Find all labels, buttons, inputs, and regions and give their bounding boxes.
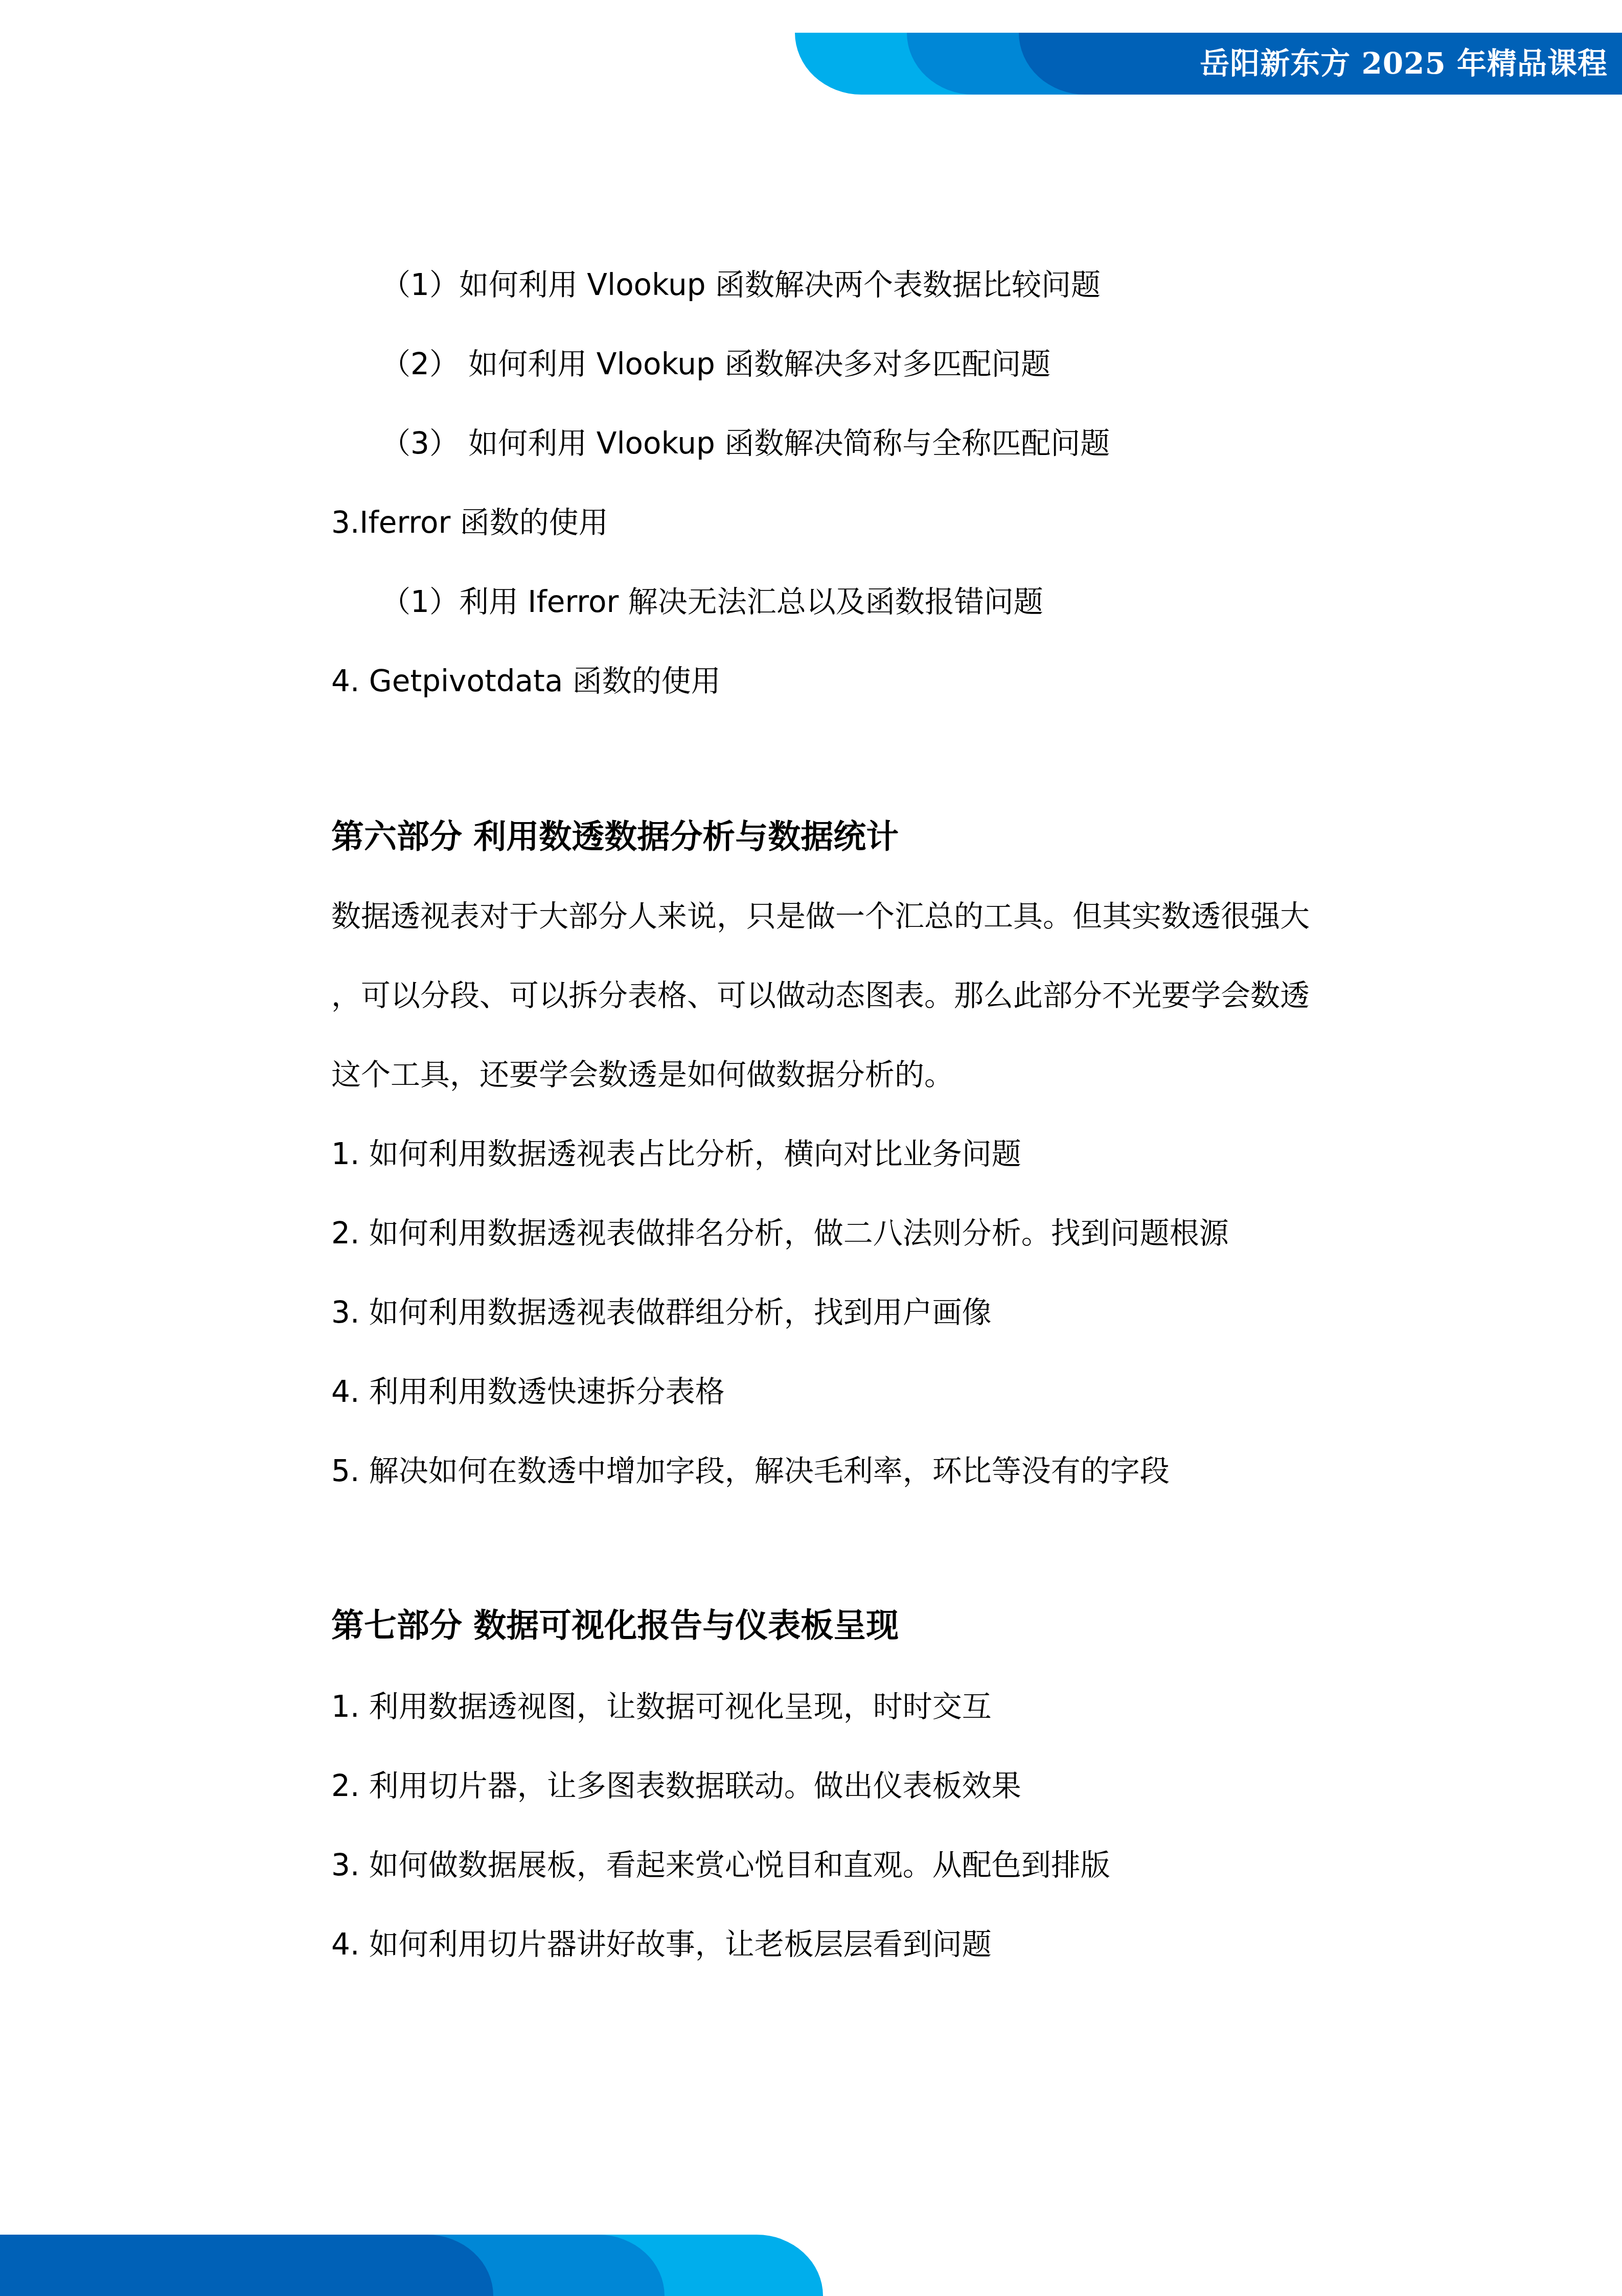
section7-list-item-3: 3. 如何做数据展板，看起来赏心悦目和直观。从配色到排版 — [331, 1845, 1110, 1885]
section6-list-item-5: 5. 解决如何在数透中增加字段，解决毛利率，环比等没有的字段 — [331, 1450, 1170, 1491]
vlookup-item-2: （2） 如何利用 Vlookup 函数解决多对多匹配问题 — [381, 344, 1050, 384]
section6-paragraph-line-1: 数据透视表对于大部分人来说，只是做一个汇总的工具。但其实数透很强大 — [331, 896, 1310, 937]
iferror-title: 3.Iferror 函数的使用 — [331, 502, 608, 543]
section6-list-item-3: 3. 如何利用数据透视表做群组分析，找到用户画像 — [331, 1292, 992, 1333]
vlookup-item-3: （3） 如何利用 Vlookup 函数解决简称与全称匹配问题 — [381, 423, 1110, 464]
footer-band — [0, 2235, 828, 2296]
section6-heading: 第六部分 利用数透数据分析与数据统计 — [331, 814, 899, 860]
header-band: 岳阳新东方 2025 年精品课程 — [0, 33, 1622, 95]
vlookup-item-1: （1）如何利用 Vlookup 函数解决两个表数据比较问题 — [381, 264, 1101, 305]
header-title: 岳阳新东方 2025 年精品课程 — [1200, 33, 1608, 95]
section6-list-item-2: 2. 如何利用数据透视表做排名分析，做二八法则分析。找到问题根源 — [331, 1213, 1229, 1254]
section7-list-item-2: 2. 利用切片器，让多图表数据联动。做出仪表板效果 — [331, 1765, 1021, 1806]
getpivotdata-title: 4. Getpivotdata 函数的使用 — [331, 661, 721, 701]
section7-heading: 第七部分 数据可视化报告与仪表板呈现 — [331, 1603, 899, 1649]
iferror-item-1: （1）利用 Iferror 解决无法汇总以及函数报错问题 — [381, 581, 1043, 622]
section6-list-item-4: 4. 利用利用数透快速拆分表格 — [331, 1371, 725, 1412]
section6-list-item-1: 1. 如何利用数据透视表占比分析，横向对比业务问题 — [331, 1133, 1021, 1174]
section7-list-item-1: 1. 利用数据透视图，让数据可视化呈现，时时交互 — [331, 1686, 992, 1727]
section7-list-item-4: 4. 如何利用切片器讲好故事，让老板层层看到问题 — [331, 1924, 992, 1965]
section6-paragraph-line-2: ，可以分段、可以拆分表格、可以做动态图表。那么此部分不光要学会数透 — [331, 975, 1310, 1016]
footer-band-dark-segment — [0, 2235, 493, 2296]
section6-paragraph-line-3: 这个工具，还要学会数透是如何做数据分析的。 — [331, 1054, 954, 1095]
